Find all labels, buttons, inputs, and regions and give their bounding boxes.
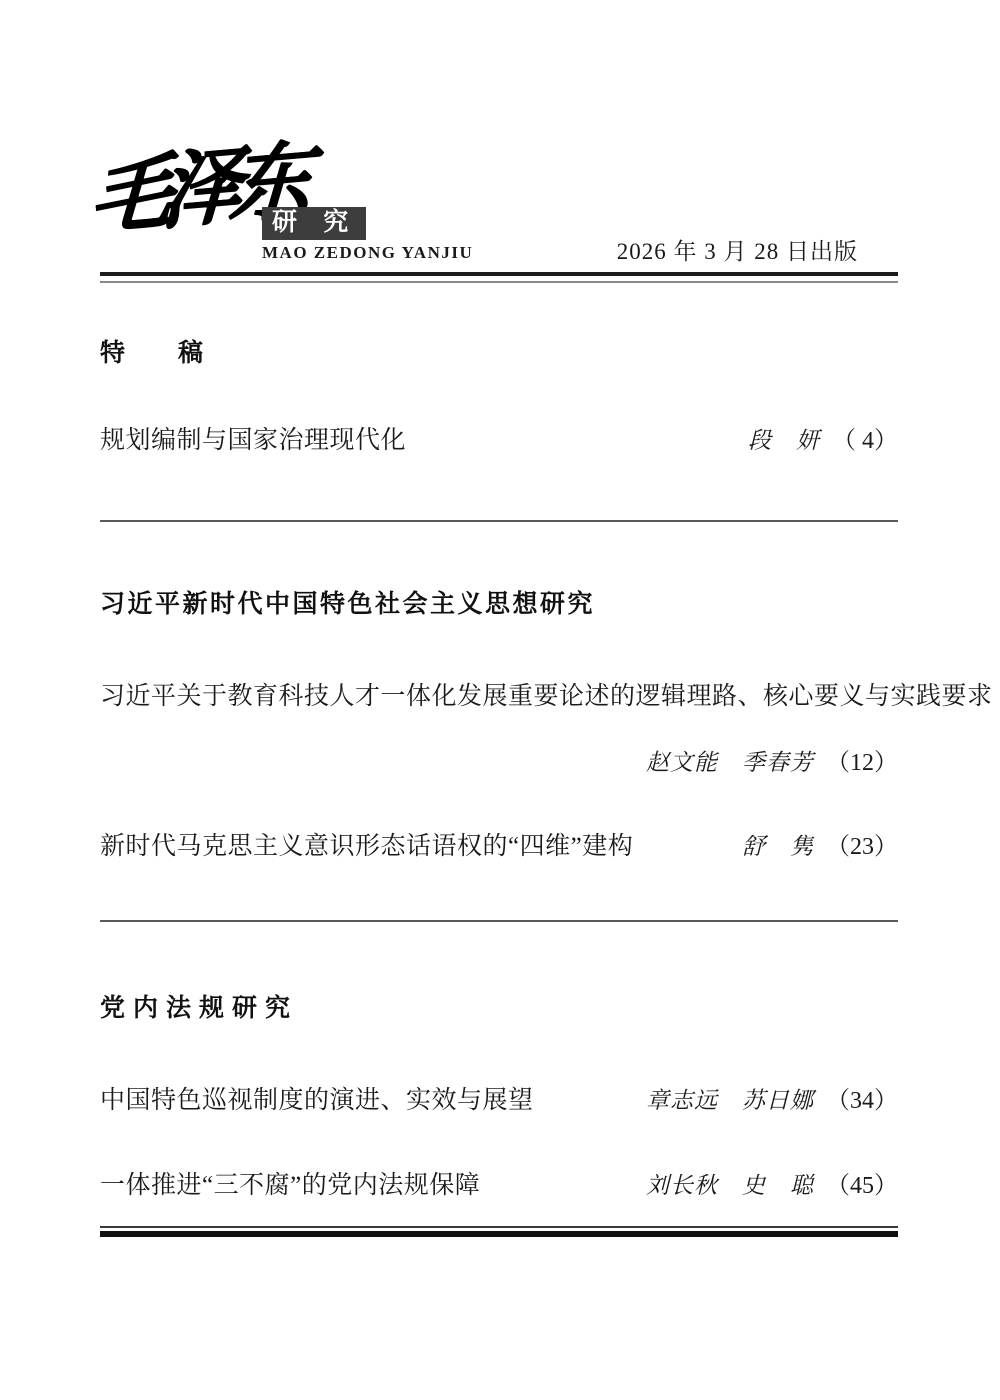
- article-title: 中国特色巡视制度的演进、实效与展望: [100, 1080, 534, 1116]
- section-heading-party-regulations: 党内法规研究: [100, 994, 298, 1024]
- section-divider-rule: [100, 920, 898, 922]
- section-divider-rule: [100, 520, 898, 522]
- article-byline: 章志远 苏日娜 （34）: [646, 1080, 898, 1115]
- journal-contents-page: 毛泽东 研 究 MAO ZEDONG YANJIU 2026 年 3 月 28 …: [0, 0, 1000, 1400]
- footer-rule-thin: [100, 1226, 898, 1228]
- article-byline: 舒 隽 （23）: [742, 826, 898, 861]
- article-row: 新时代马克思主义意识形态话语权的“四维”建构 舒 隽 （23）: [100, 826, 898, 862]
- article-title: 规划编制与国家治理现代化: [100, 420, 406, 456]
- article-title: 习近平关于教育科技人才一体化发展重要论述的逻辑理路、核心要义与实践要求: [100, 676, 910, 712]
- article-row: 中国特色巡视制度的演进、实效与展望 章志远 苏日娜 （34）: [100, 1080, 898, 1116]
- article-row: 一体推进“三不腐”的党内法规保障 刘长秋 史 聪 （45）: [100, 1165, 898, 1201]
- article-authors: 舒 隽: [742, 834, 814, 859]
- header-rule-thin: [100, 281, 898, 283]
- article-title: 一体推进“三不腐”的党内法规保障: [100, 1165, 480, 1201]
- header-rule-thick: [100, 272, 898, 276]
- section-heading-xjp-thought: 习近平新时代中国特色社会主义思想研究: [100, 590, 595, 620]
- article-page-number: （12）: [826, 750, 898, 776]
- article-byline: 赵文能 季春芳 （12）: [100, 742, 898, 777]
- article-title: 新时代马克思主义意识形态话语权的“四维”建构: [100, 826, 633, 862]
- journal-title-box: 研 究: [262, 207, 366, 240]
- section-heading-special: 特 稿: [100, 338, 204, 368]
- article-page-number: （23）: [826, 834, 898, 860]
- article-authors: 刘长秋 史 聪: [646, 1173, 814, 1198]
- publish-date: 2026 年 3 月 28 日出版: [617, 233, 858, 266]
- article-page-number: （34）: [826, 1088, 898, 1114]
- footer-rule-thick: [100, 1231, 898, 1237]
- article-page-number: （ 4）: [832, 428, 898, 454]
- article-authors: 赵文能 季春芳: [646, 750, 814, 775]
- article-byline: 段 妍 （ 4）: [748, 420, 898, 455]
- journal-subtitle-en: MAO ZEDONG YANJIU: [262, 243, 473, 263]
- article-byline: 刘长秋 史 聪 （45）: [646, 1165, 898, 1200]
- article-authors: 段 妍: [748, 428, 820, 453]
- journal-logo-block: 研 究 MAO ZEDONG YANJIU: [262, 207, 473, 263]
- article-authors: 章志远 苏日娜: [646, 1088, 814, 1113]
- article-row: 规划编制与国家治理现代化 段 妍 （ 4）: [100, 420, 898, 456]
- article-page-number: （45）: [826, 1173, 898, 1199]
